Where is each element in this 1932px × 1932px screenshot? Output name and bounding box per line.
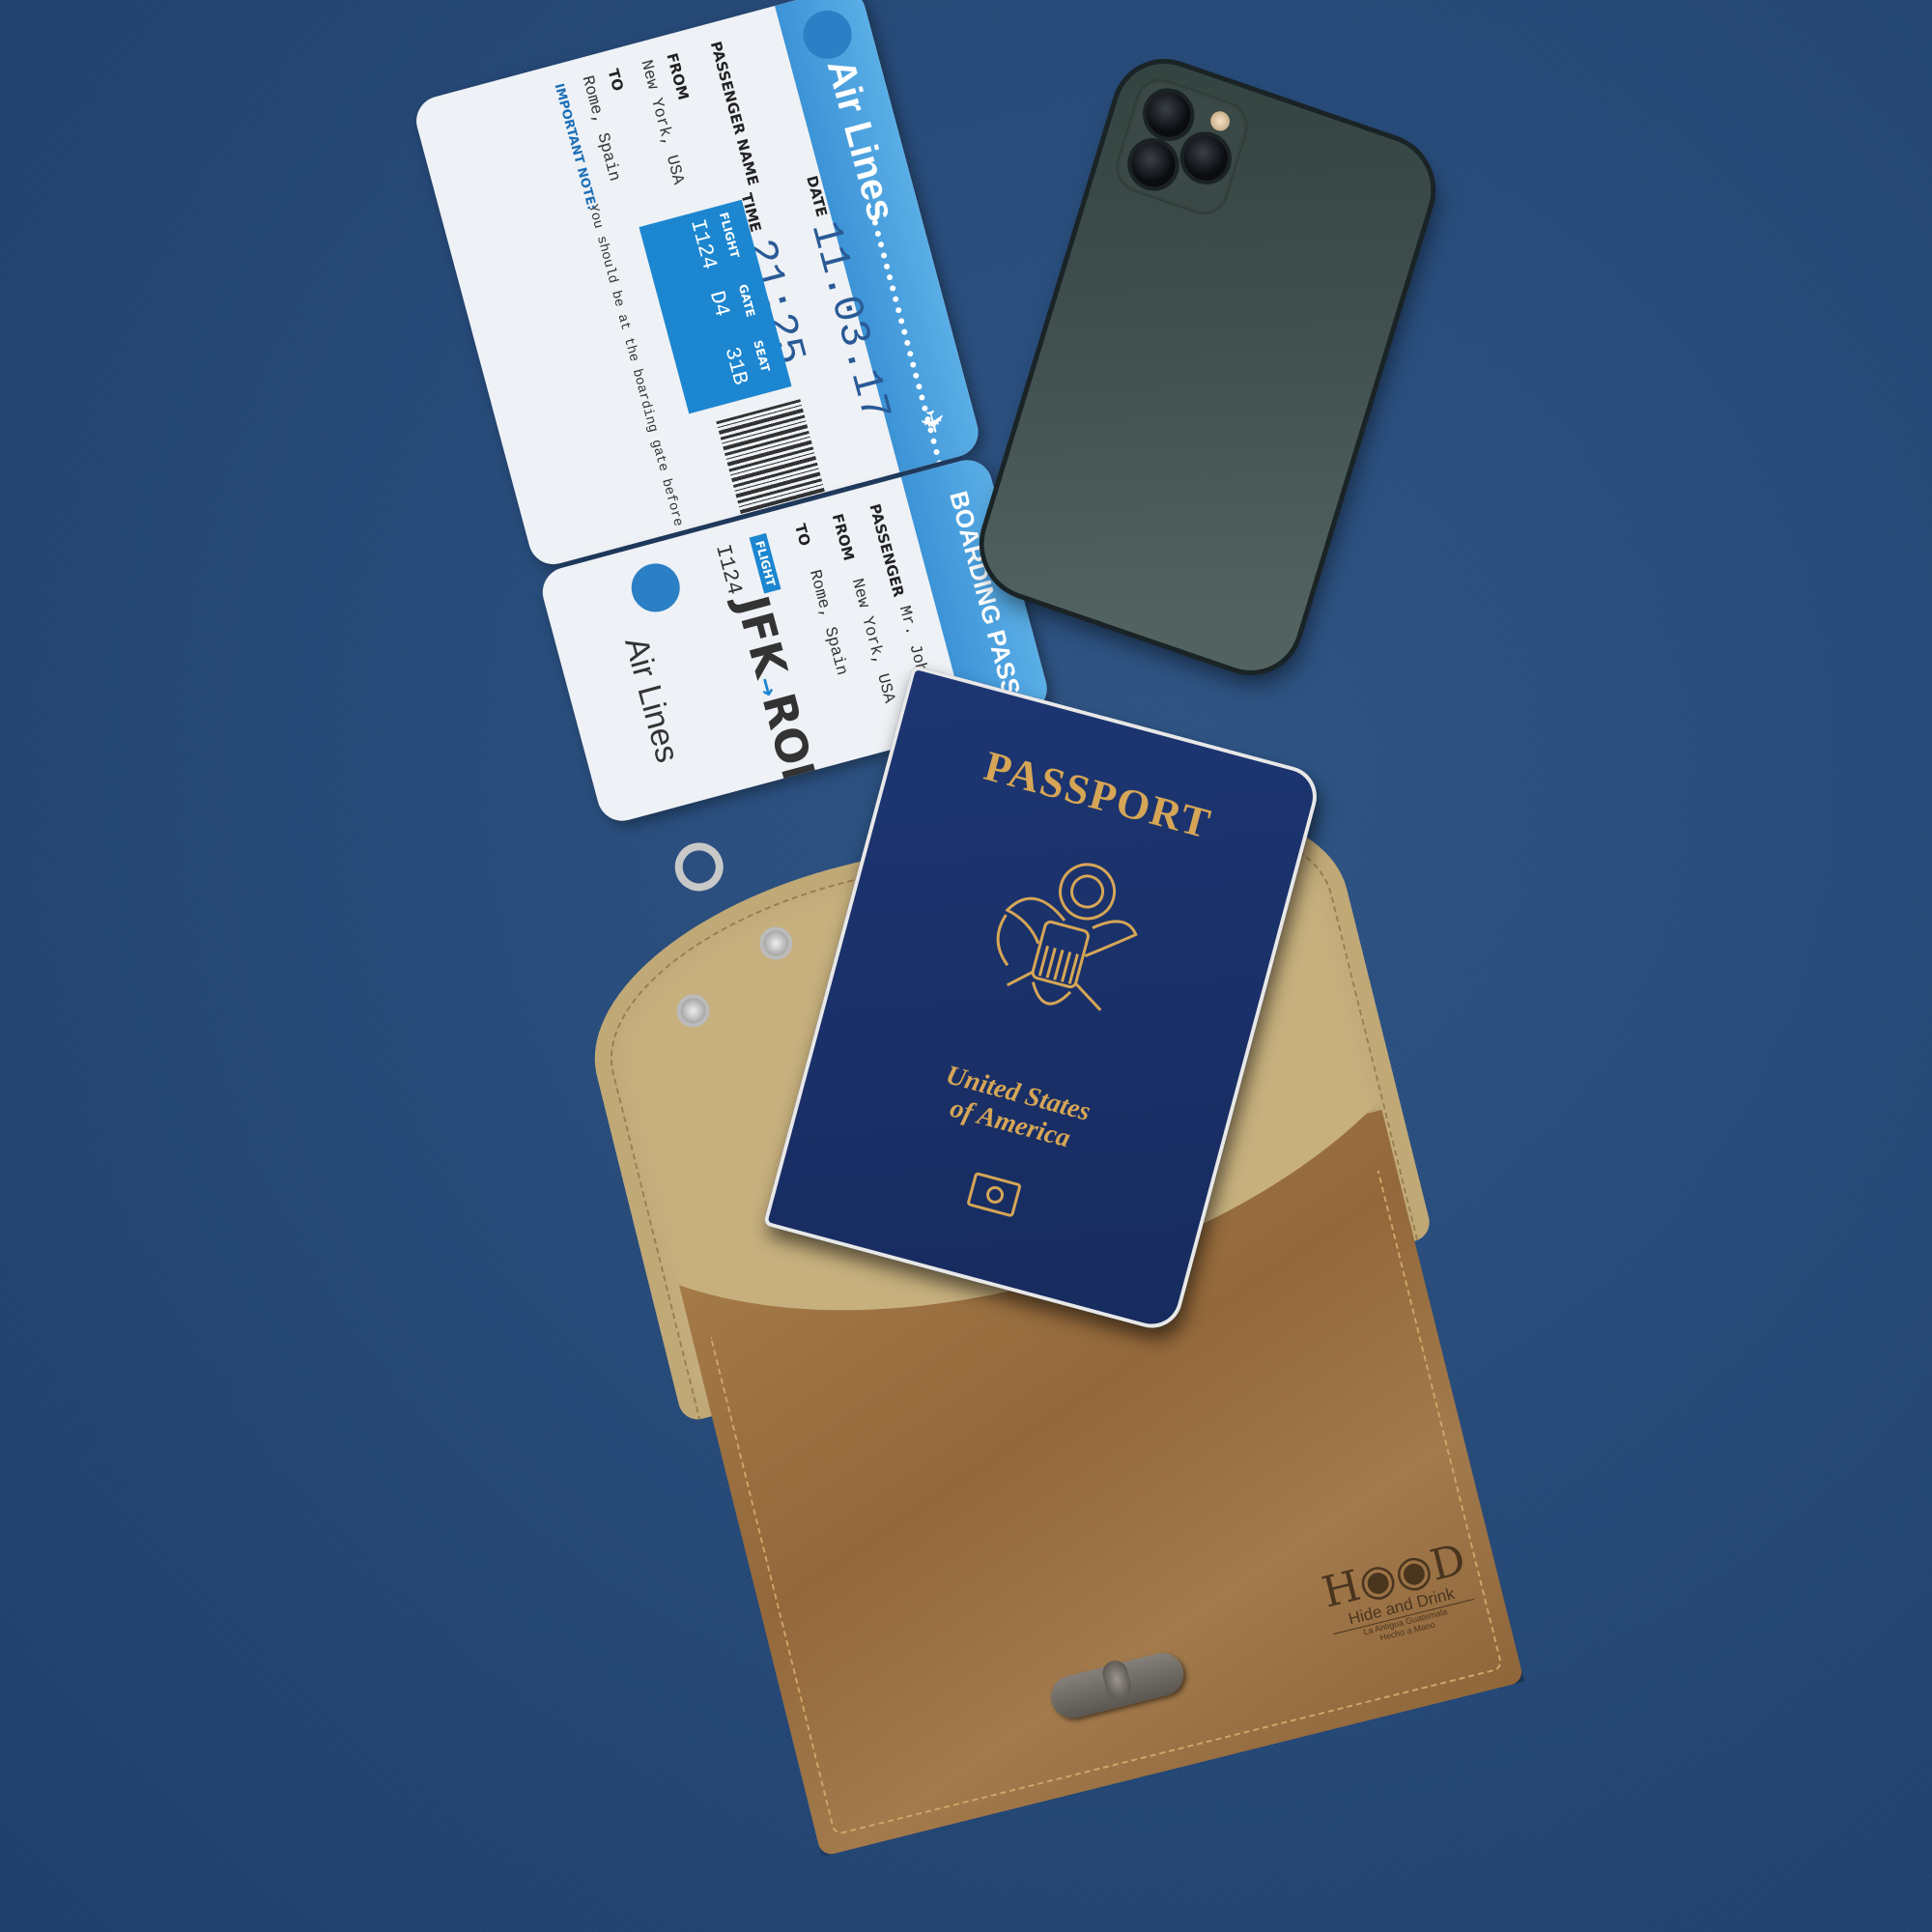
gate-label: GATE	[736, 283, 757, 319]
stub-airline-name: Air Lines	[616, 634, 686, 767]
stub-to-label: TO	[791, 522, 813, 548]
passport-country: United States of America	[801, 1024, 1228, 1194]
passenger-name-label: PASSENGER NAME	[707, 40, 762, 187]
stub-airline-logo-icon	[626, 558, 685, 617]
stub-from-label: FROM	[829, 512, 858, 562]
flight-label: FLIGHT	[717, 211, 742, 259]
camera-module	[1110, 72, 1254, 221]
seat-value: 31B	[719, 345, 752, 388]
stub-passenger-label: PASSENGER	[866, 502, 907, 599]
from-label: FROM	[663, 51, 692, 101]
eagle-seal-icon	[962, 836, 1156, 1043]
biometric-chip-icon	[966, 1172, 1022, 1218]
camera-lens-icon	[1125, 136, 1180, 193]
route-from: JFK	[726, 590, 798, 682]
stub-flight-value: I124	[710, 542, 747, 597]
seat-label: SEAT	[751, 339, 772, 374]
clasp-knob	[1100, 1658, 1134, 1701]
camera-lens-icon	[1179, 129, 1234, 186]
flight-info-box: FLIGHT I124 GATE D4 SEAT 31B	[639, 200, 792, 414]
stub-flight-label: FLIGHT	[750, 533, 781, 594]
stub-to-value: Rome, Spain	[805, 568, 850, 677]
flight-value: I124	[685, 216, 722, 271]
to-label: TO	[605, 67, 627, 93]
gate-value: D4	[704, 289, 734, 320]
camera-flash-icon	[1208, 109, 1233, 134]
camera-lens-icon	[1141, 86, 1196, 143]
